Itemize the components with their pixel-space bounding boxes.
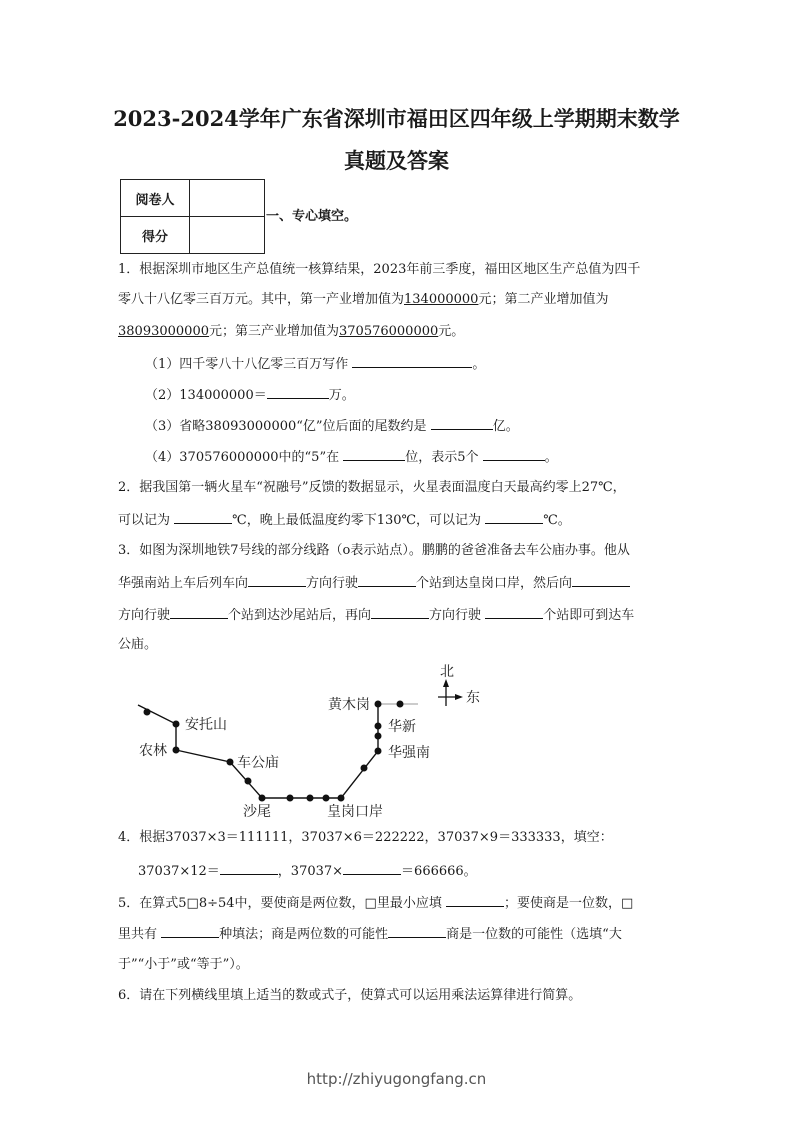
station-huanggang: 皇岗口岸 — [327, 803, 383, 820]
station-nonglin: 农林 — [139, 742, 167, 759]
q5-line3: 于”“小于”或“等于”）。 — [118, 957, 249, 973]
q5-text: 种填法；商是两位数的可能性 — [219, 927, 388, 942]
compass-icon — [438, 679, 463, 706]
answer-blank[interactable] — [161, 925, 219, 938]
q5-text: ；要使商是一位数，□ — [504, 896, 633, 911]
answer-blank[interactable] — [446, 894, 504, 907]
q4-text: ，37037× — [278, 864, 343, 879]
q5-text: 里共有 — [118, 927, 157, 942]
answer-blank[interactable] — [343, 862, 401, 875]
q6-line1: 6．请在下列横线里填上适当的数或式子，使算式可以运用乘法运算律进行简算。 — [118, 988, 581, 1004]
q4-line2: 37037×12＝，37037×＝666666。 — [138, 862, 477, 880]
metro-map: 安托山 农林 车公庙 沙尾 皇岗口岸 华强南 华新 黄木岗 北 东 — [0, 0, 793, 1122]
station-huangmugang: 黄木岗 — [328, 696, 370, 713]
answer-blank[interactable] — [220, 862, 278, 875]
q4-text: ＝666666。 — [401, 864, 477, 879]
station-shawei: 沙尾 — [243, 804, 271, 820]
q5-text: 商是一位数的可能性（选填“大 — [446, 927, 622, 942]
station-chegongmiao: 车公庙 — [237, 755, 279, 771]
q4-line1: 4．根据37037×3＝111111，37037×6＝222222，37037×… — [118, 830, 613, 846]
compass-east-label: 东 — [466, 690, 480, 706]
q5-text: 5．在算式5□8÷54中，要使商是两位数，□里最小应填 — [118, 896, 442, 911]
station-huaqiangnan: 华强南 — [388, 744, 430, 761]
q5-line2: 里共有 种填法；商是两位数的可能性商是一位数的可能性（选填“大 — [118, 925, 622, 943]
compass-north-label: 北 — [440, 664, 454, 680]
footer-url[interactable]: http://zhiyugongfang.cn — [0, 1070, 793, 1088]
answer-blank[interactable] — [388, 925, 446, 938]
station-antuoshan: 安托山 — [185, 716, 227, 733]
station-huaxin: 华新 — [388, 718, 416, 735]
q5-line1: 5．在算式5□8÷54中，要使商是两位数，□里最小应填 ；要使商是一位数，□ — [118, 894, 633, 912]
q4-text: 37037×12＝ — [138, 864, 220, 879]
